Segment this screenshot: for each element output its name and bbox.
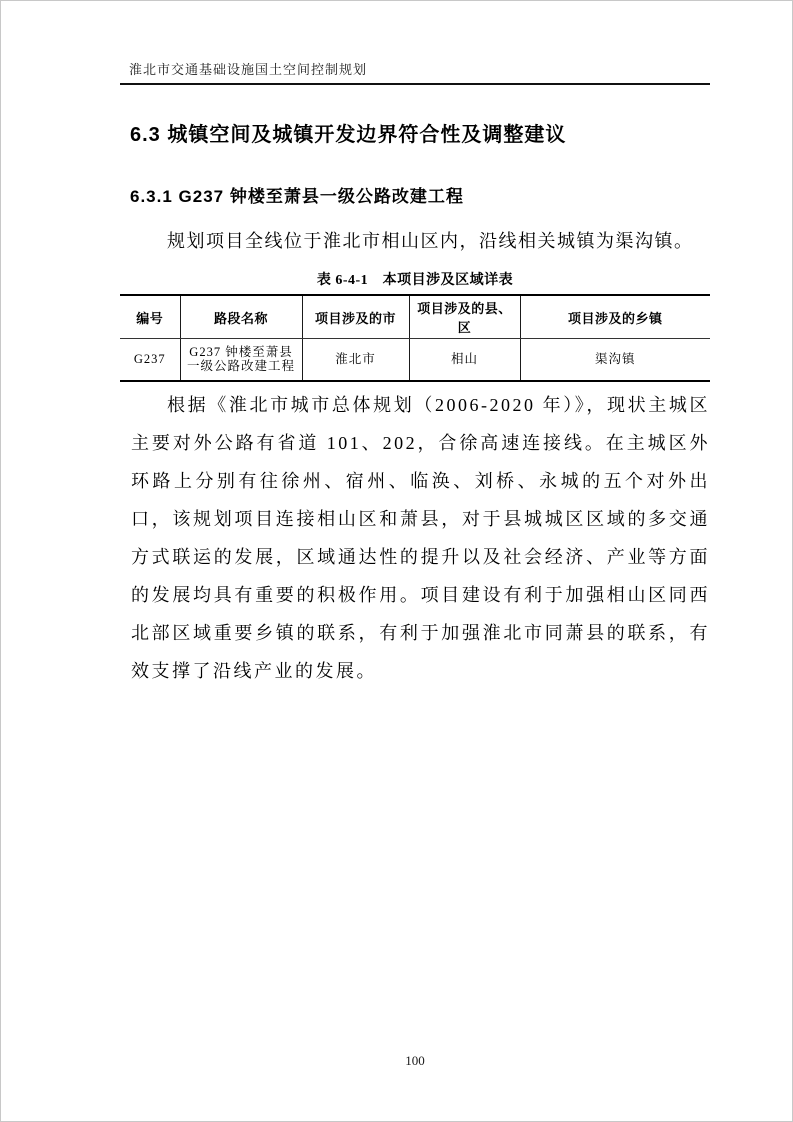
table-header-city: 项目涉及的市 [302, 295, 409, 339]
subsection-heading: 6.3.1 G237 钟楼至萧县一级公路改建工程 [130, 182, 710, 207]
table-cell-city: 淮北市 [302, 339, 409, 381]
table-caption: 表 6-4-1 本项目涉及区域详表 [120, 269, 710, 289]
intro-paragraph: 规划项目全线位于淮北市相山区内，沿线相关城镇为渠沟镇。 [131, 228, 710, 254]
region-table: 编号 路段名称 项目涉及的市 项目涉及的县、区 项目涉及的乡镇 G237 G23… [120, 294, 710, 382]
table-cell-county: 相山 [409, 339, 520, 381]
page-footer: 100 [120, 1053, 710, 1069]
body-paragraph: 根据《淮北市城市总体规划（2006-2020 年）》，现状主城区主要对外公路有省… [131, 386, 710, 690]
running-header-title: 淮北市交通基础设施国土空间控制规划 [129, 62, 367, 77]
table-cell-id: G237 [120, 339, 180, 381]
table-row: G237 G237 钟楼至萧县一级公路改建工程 淮北市 相山 渠沟镇 [120, 339, 710, 381]
table-header-road-name: 路段名称 [180, 295, 302, 339]
table-header-township: 项目涉及的乡镇 [520, 295, 710, 339]
section-heading: 6.3 城镇空间及城镇开发边界符合性及调整建议 [130, 118, 710, 147]
page-content: 淮北市交通基础设施国土空间控制规划 6.3 城镇空间及城镇开发边界符合性及调整建… [120, 1, 710, 690]
header-divider [120, 83, 710, 85]
table-cell-road-name: G237 钟楼至萧县一级公路改建工程 [180, 339, 302, 381]
table-header-row: 编号 路段名称 项目涉及的市 项目涉及的县、区 项目涉及的乡镇 [120, 295, 710, 339]
page-number: 100 [405, 1053, 425, 1068]
document-page: 淮北市交通基础设施国土空间控制规划 6.3 城镇空间及城镇开发边界符合性及调整建… [0, 0, 793, 1122]
table-header-id: 编号 [120, 295, 180, 339]
running-header: 淮北市交通基础设施国土空间控制规划 [129, 59, 710, 78]
table-header-county: 项目涉及的县、区 [409, 295, 520, 339]
table-cell-township: 渠沟镇 [520, 339, 710, 381]
